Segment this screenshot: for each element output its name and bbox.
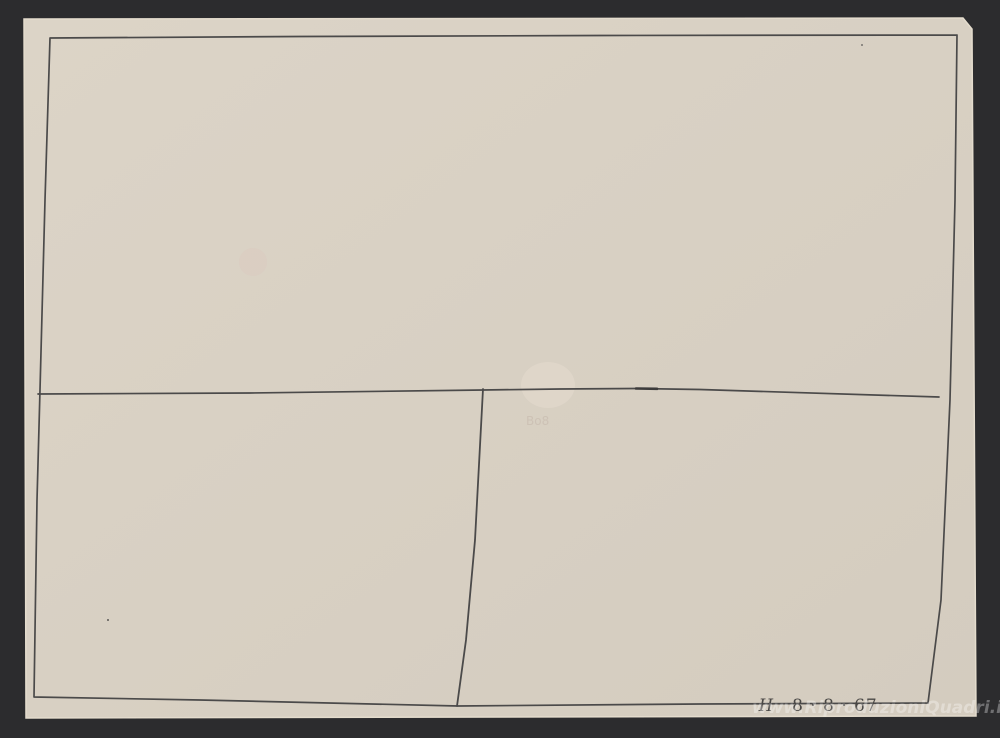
drawing-canvas: Bo8: [0, 0, 1000, 738]
pencil-dot: [861, 44, 863, 46]
faint-mark: Bo8: [526, 414, 549, 428]
paper-sheet: [24, 18, 976, 718]
paper-stain-faint: [239, 248, 267, 276]
artwork-photo: Bo8 II8 · 8 · 67 www.RiproduzioniQuadri.…: [0, 0, 1000, 738]
paper-stain: [521, 362, 575, 408]
watermark: www.RiproduzioniQuadri.it: [752, 698, 1000, 718]
pencil-dot: [107, 619, 109, 621]
